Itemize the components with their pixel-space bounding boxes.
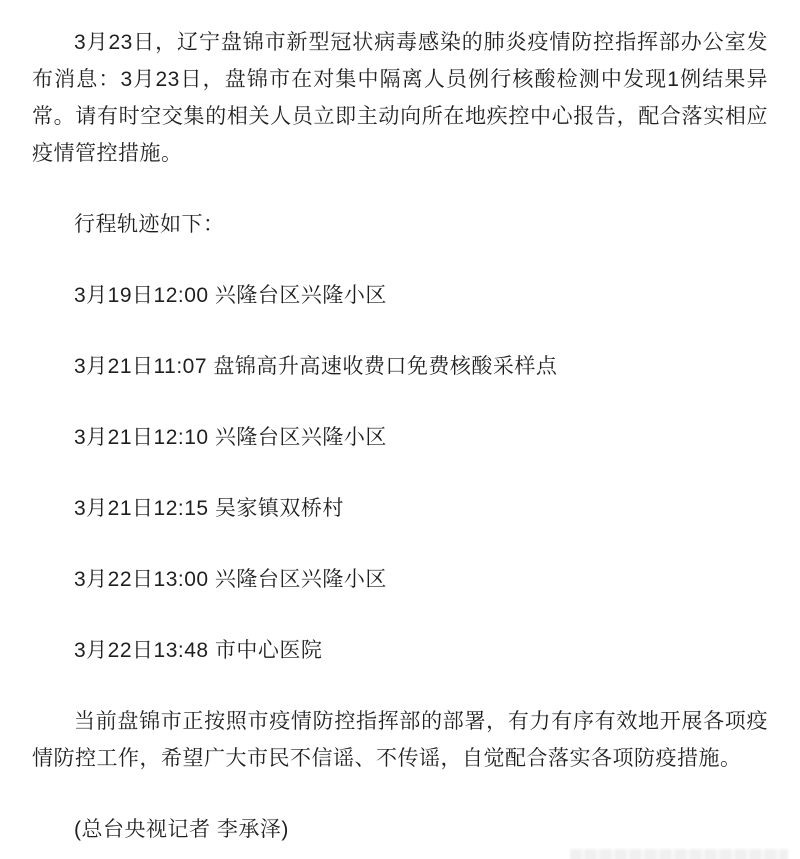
itinerary-entry-5: 3月22日13:00 兴隆台区兴隆小区 [32,561,768,598]
itinerary-entry-1: 3月19日12:00 兴隆台区兴隆小区 [32,277,768,314]
intro-paragraph: 3月23日，辽宁盘锦市新型冠状病毒感染的肺炎疫情防控指挥部办公室发布消息：3月2… [32,24,768,172]
itinerary-entry-3: 3月21日12:10 兴隆台区兴隆小区 [32,419,768,456]
itinerary-heading: 行程轨迹如下： [32,206,768,243]
itinerary-entry-4: 3月21日12:15 吴家镇双桥村 [32,490,768,527]
itinerary-entry-2: 3月21日11:07 盘锦高升高速收费口免费核酸采样点 [32,348,768,385]
byline: (总台央视记者 李承泽) [32,811,768,848]
closing-paragraph: 当前盘锦市正按照市疫情防控指挥部的部署，有力有序有效地开展各项疫情防控工作，希望… [32,703,768,777]
itinerary-entry-6: 3月22日13:48 市中心医院 [32,632,768,669]
watermark [570,849,788,859]
article-page: 3月23日，辽宁盘锦市新型冠状病毒感染的肺炎疫情防控指挥部办公室发布消息：3月2… [0,0,800,859]
